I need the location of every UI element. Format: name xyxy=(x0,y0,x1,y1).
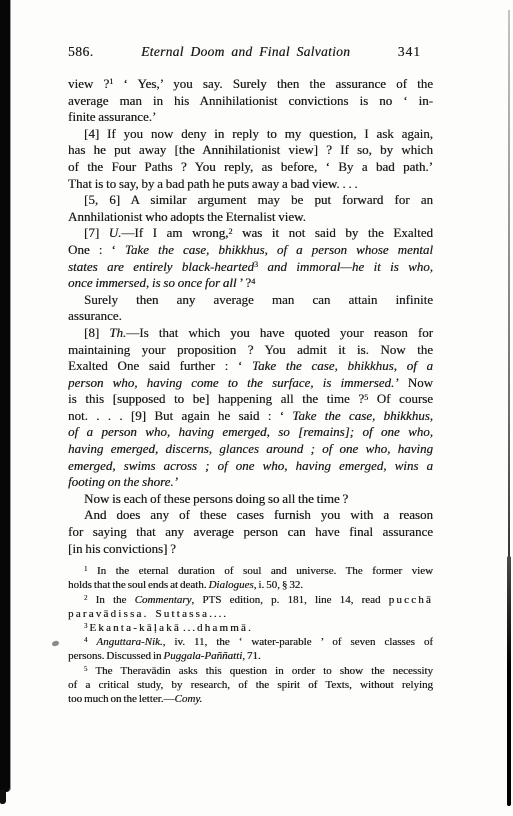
body-line: for saying that any average person can h… xyxy=(68,524,433,541)
text-segment: [4] If you now deny in reply to my quest… xyxy=(84,126,433,141)
text-segment: finite assurance.’ xyxy=(68,109,156,124)
text-segment: Annhilationist who adopts the Eternalist… xyxy=(68,209,306,224)
footnote-line: 4 Anguttara-Nik., iv. 11, the ‘ water-pa… xyxy=(68,635,433,649)
text-segment: Of course xyxy=(368,391,433,406)
text-segment: [in his convictions] ? xyxy=(68,541,176,556)
body-line: not. . . . [9] But again he said : ‘ Tak… xyxy=(68,408,433,425)
body-line: Exalted One said further : ‘ Take the ca… xyxy=(68,358,433,375)
footnote-marker: 1 xyxy=(84,566,87,573)
text-segment: for saying that any average person can h… xyxy=(68,524,433,539)
text-segment: In the eternal duration of soul and univ… xyxy=(87,565,433,577)
body-line: average man in his Annihilationist convi… xyxy=(68,93,433,110)
text-segment: once immersed, is so once for all xyxy=(68,275,237,290)
body-line: of the Four Paths ? You reply, as before… xyxy=(68,159,433,176)
text-segment: Exalted One said further : ‘ xyxy=(68,358,252,373)
footnote-line: paravādissa. Suttassa. . . . xyxy=(68,607,433,621)
body-line: once immersed, is so once for all ’ ?4 xyxy=(68,275,433,292)
text-segment: Surely then any average man can attain i… xyxy=(84,292,433,307)
ink-speck xyxy=(51,640,59,647)
text-segment: Now is each of these persons doing so al… xyxy=(84,491,348,506)
text-segment: of a critical study, by research, of the… xyxy=(68,679,433,691)
body-line: finite assurance.’ xyxy=(68,109,433,126)
text-segment: too much on the letter.— xyxy=(68,693,174,705)
footnote-marker: 2 xyxy=(228,227,232,236)
text-segment: Commentary xyxy=(135,594,192,606)
text-segment: —If I am wrong, xyxy=(121,225,228,240)
text-segment: [5, 6] A similar argument may be put for… xyxy=(84,192,433,207)
footnote-line: 5 The Theravādin asks this question in o… xyxy=(68,664,433,678)
body-line: [in his convictions] ? xyxy=(68,541,433,558)
text-segment: was it not said by the Exalted xyxy=(232,225,433,240)
text-segment: is this [supposed to be] happening all t… xyxy=(68,391,364,406)
running-title: Eternal Doom and Final Salvation xyxy=(94,44,398,60)
text-segment: Th. xyxy=(109,325,126,340)
text-segment: emerged, swims across ; of one who, havi… xyxy=(68,458,433,473)
footnote-line: 3 Ekanta-kāḷakā . . . dhammā. xyxy=(68,621,433,635)
body-line: Annhilationist who adopts the Eternalist… xyxy=(68,209,433,226)
text-segment: persons. Discussed in xyxy=(68,650,163,662)
text-segment: , iv. 11, the ‘ water-parable ’ of seven… xyxy=(163,636,433,648)
body-line: has he put away [the Annihilationist vie… xyxy=(68,142,433,159)
text-segment: average man in his Annihilationist convi… xyxy=(68,93,433,108)
text-segment: , 71. xyxy=(242,650,260,662)
scan-right-edge-shadow xyxy=(507,556,511,806)
body-line: view ?1 ‘ Yes,’ you say. Surely then the… xyxy=(68,76,433,93)
text-segment: Puggala-Paññatti xyxy=(163,650,242,662)
text-segment: ’ ? xyxy=(237,275,252,290)
text-segment: That is to say, by a bad path he puts aw… xyxy=(68,176,358,191)
footnote-line: of a critical study, by research, of the… xyxy=(68,678,433,692)
footnote-marker: 2 xyxy=(84,595,87,602)
running-header: 586. Eternal Doom and Final Salvation 34… xyxy=(68,44,433,60)
footnote-line: 1 In the eternal duration of soul and un… xyxy=(68,564,433,578)
footnote-line: holds that the soul ends at death. Dialo… xyxy=(68,578,433,592)
text-segment: has he put away [the Annihilationist vie… xyxy=(68,142,433,157)
text-segment: footing on the shore.’ xyxy=(68,474,178,489)
text-segment: states are entirely black-hearted xyxy=(68,259,254,274)
footnote-marker: 3 xyxy=(84,623,87,630)
body-line: [4] If you now deny in reply to my quest… xyxy=(68,126,433,143)
text-segment: paravādissa. Suttassa xyxy=(68,608,209,620)
text-segment: Dialogues xyxy=(208,579,253,591)
footnote-marker: 3 xyxy=(254,260,258,269)
body-line: of a person who, having emerged, so [rem… xyxy=(68,424,433,441)
body-line: maintaining your proposition ? You admit… xyxy=(68,342,433,359)
text-segment: Now xyxy=(399,375,433,390)
text-segment: And does any of these cases furnish you … xyxy=(84,507,433,522)
text-segment: U. xyxy=(109,225,122,240)
text-segment: maintaining your proposition ? You admit… xyxy=(68,342,433,357)
text-segment: view ? xyxy=(68,76,109,91)
footnotes-block: 1 In the eternal duration of soul and un… xyxy=(68,564,433,706)
body-line: That is to say, by a bad path he puts aw… xyxy=(68,176,433,193)
footnote-marker: 1 xyxy=(109,77,113,86)
text-segment: . . . xyxy=(181,622,197,634)
text-segment: The Theravādin asks this question in ord… xyxy=(87,665,433,677)
body-line: One : ‘ Take the case, bhikkhus, of a pe… xyxy=(68,242,433,259)
text-segment: pucchā xyxy=(389,594,433,606)
text-segment: In the xyxy=(87,594,134,606)
body-line: states are entirely black-hearted3 and i… xyxy=(68,259,433,276)
text-segment: Anguttara-Nik. xyxy=(96,636,162,648)
text-segment: holds that the soul ends at death. xyxy=(68,579,208,591)
footnote-marker: 5 xyxy=(364,393,368,402)
text-segment: of the Four Paths ? You reply, as before… xyxy=(68,159,433,174)
text-segment: —Is that which you have quoted your reas… xyxy=(126,325,433,340)
page-number: 341 xyxy=(398,44,433,60)
text-segment: Ekanta-kāḷakā xyxy=(89,622,181,634)
body-line: having emerged, discerns, glances around… xyxy=(68,441,433,458)
text-segment: . . . . xyxy=(209,608,226,620)
body-line: [8] Th.—Is that which you have quoted yo… xyxy=(68,325,433,342)
footnote-line: too much on the letter.—Comy. xyxy=(68,692,433,706)
body-line: is this [supposed to be] happening all t… xyxy=(68,391,433,408)
footnote-marker: 5 xyxy=(84,666,87,673)
text-segment: , i. 50, § 32. xyxy=(254,579,303,591)
text-segment: Comy. xyxy=(174,693,202,705)
footnote-marker: 4 xyxy=(251,277,255,286)
text-segment: not. . . . [9] But again he said : ‘ xyxy=(68,408,292,423)
text-segment: , PTS edition, p. 181, line 14, read xyxy=(191,594,388,606)
body-line: And does any of these cases furnish you … xyxy=(68,507,433,524)
text-segment: ‘ Yes,’ you say. Surely then the assuran… xyxy=(113,76,433,91)
text-segment: having emerged, discerns, glances around… xyxy=(68,441,433,456)
text-segment: . xyxy=(248,622,251,634)
text-segment: [7] xyxy=(84,225,109,240)
section-number: 586. xyxy=(68,44,94,60)
footnote-marker: 4 xyxy=(84,637,87,644)
text-segment: Take the case, bhikkhus, of a person who… xyxy=(125,242,433,257)
scan-left-edge-tail xyxy=(0,790,6,804)
footnote-line: persons. Discussed in Puggala-Paññatti, … xyxy=(68,649,433,663)
text-segment: Take the case, bhikkhus, xyxy=(292,408,433,423)
book-page-scan: 586. Eternal Doom and Final Salvation 34… xyxy=(0,0,513,816)
text-segment: person who, having come to the surface, … xyxy=(68,375,399,390)
footnote-line: 2 In the Commentary, PTS edition, p. 181… xyxy=(68,593,433,607)
body-line: Surely then any average man can attain i… xyxy=(68,292,433,309)
body-text: view ?1 ‘ Yes,’ you say. Surely then the… xyxy=(68,76,433,557)
text-segment: of a person who, having emerged, so [rem… xyxy=(68,424,433,439)
text-segment: Take the case, bhikkhus, of a xyxy=(252,358,433,373)
body-line: Now is each of these persons doing so al… xyxy=(68,491,433,508)
body-line: assurance. xyxy=(68,308,433,325)
body-line: footing on the shore.’ xyxy=(68,474,433,491)
text-segment: assurance. xyxy=(68,308,122,323)
text-segment: dhammā xyxy=(197,622,248,634)
page-content: 586. Eternal Doom and Final Salvation 34… xyxy=(68,44,433,706)
body-line: [7] U.—If I am wrong,2 was it not said b… xyxy=(68,225,433,242)
text-segment: [8] xyxy=(84,325,109,340)
scan-left-edge-band xyxy=(0,0,10,792)
body-line: emerged, swims across ; of one who, havi… xyxy=(68,458,433,475)
body-line: person who, having come to the surface, … xyxy=(68,375,433,392)
body-line: [5, 6] A similar argument may be put for… xyxy=(68,192,433,209)
text-segment: and immoral—he it is who, xyxy=(258,259,433,274)
text-segment: One : ‘ xyxy=(68,242,125,257)
